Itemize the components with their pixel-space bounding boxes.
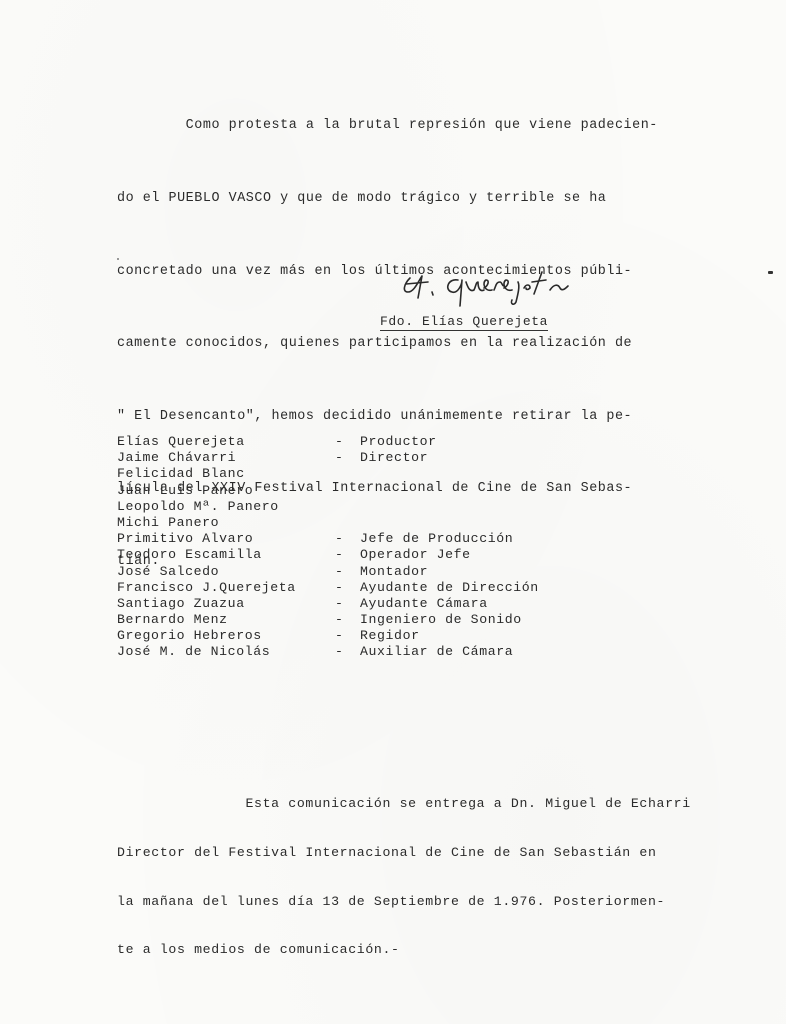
credit-dash	[335, 499, 360, 515]
credit-name: Francisco J.Querejeta	[117, 580, 335, 596]
credit-role: Ingeniero de Sonido	[360, 612, 522, 628]
credit-role: Productor	[360, 434, 437, 450]
signed-by-line: Fdo. Elías Querejeta	[380, 314, 548, 331]
credits-list: Elías Querejeta - Productor Jaime Chávar…	[117, 434, 539, 661]
credit-dash: -	[335, 644, 360, 660]
credit-role: Montador	[360, 564, 428, 580]
credit-row: Teodoro Escamilla - Operador Jefe	[117, 547, 539, 563]
paragraph-line: Esta comunicación se entrega a Dn. Migue…	[117, 796, 691, 812]
credit-name: Juan Luis Panero	[117, 483, 335, 499]
credit-role: Operador Jefe	[360, 547, 471, 563]
credit-name: Felicidad Blanc	[117, 466, 335, 482]
credit-name: Teodoro Escamilla	[117, 547, 335, 563]
credit-name: Elías Querejeta	[117, 434, 335, 450]
credit-dash: -	[335, 547, 360, 563]
credit-dash	[335, 466, 360, 482]
credit-name: Leopoldo Mª. Panero	[117, 499, 335, 515]
paragraph-line: Como protesta a la brutal represión que …	[117, 114, 717, 138]
credit-row: Gregorio Hebreros - Regidor	[117, 628, 539, 644]
credit-role: Ayudante de Dirección	[360, 580, 539, 596]
credit-name: José M. de Nicolás	[117, 644, 335, 660]
credit-role: Ayudante Cámara	[360, 596, 488, 612]
credit-name: Jaime Chávarri	[117, 450, 335, 466]
credit-dash: -	[335, 628, 360, 644]
paragraph-line: do el PUEBLO VASCO y que de modo trágico…	[117, 187, 717, 211]
credit-row: José Salcedo - Montador	[117, 564, 539, 580]
ink-speck	[768, 271, 773, 274]
closing-paragraph: Esta comunicación se entrega a Dn. Migue…	[117, 764, 691, 991]
credit-row: Felicidad Blanc	[117, 466, 539, 482]
credit-name: Primitivo Alvaro	[117, 531, 335, 547]
credit-row: Santiago Zuazua - Ayudante Cámara	[117, 596, 539, 612]
credit-dash: -	[335, 580, 360, 596]
credit-row: Jaime Chávarri - Director	[117, 450, 539, 466]
paper-mark	[117, 258, 119, 260]
credit-name: Bernardo Menz	[117, 612, 335, 628]
credit-dash: -	[335, 564, 360, 580]
paragraph-line: la mañana del lunes día 13 de Septiembre…	[117, 894, 691, 910]
credit-dash: -	[335, 450, 360, 466]
paragraph-line: Director del Festival Internacional de C…	[117, 845, 691, 861]
credit-dash: -	[335, 531, 360, 547]
credit-name: José Salcedo	[117, 564, 335, 580]
typewritten-letter-page: Como protesta a la brutal represión que …	[0, 0, 786, 1024]
credit-role: Regidor	[360, 628, 420, 644]
credit-row: Primitivo Alvaro - Jefe de Producción	[117, 531, 539, 547]
credit-row: Bernardo Menz - Ingeniero de Sonido	[117, 612, 539, 628]
credit-name: Santiago Zuazua	[117, 596, 335, 612]
signature-block: Fdo. Elías Querejeta	[380, 262, 640, 342]
credit-dash	[335, 515, 360, 531]
credit-row: Francisco J.Querejeta - Ayudante de Dire…	[117, 580, 539, 596]
paragraph-line: te a los medios de comunicación.-	[117, 942, 691, 958]
paragraph-line: " El Desencanto", hemos decidido unánime…	[117, 405, 717, 429]
credit-row: Leopoldo Mª. Panero	[117, 499, 539, 515]
credit-role: Director	[360, 450, 428, 466]
credit-dash	[335, 483, 360, 499]
credit-row: Michi Panero	[117, 515, 539, 531]
credit-dash: -	[335, 434, 360, 450]
credit-role: Auxiliar de Cámara	[360, 644, 513, 660]
credit-row: Juan Luis Panero	[117, 483, 539, 499]
credit-name: Michi Panero	[117, 515, 335, 531]
credit-row: Elías Querejeta - Productor	[117, 434, 539, 450]
credit-dash: -	[335, 612, 360, 628]
credit-name: Gregorio Hebreros	[117, 628, 335, 644]
handwritten-signature-icon	[396, 262, 646, 312]
credit-row: José M. de Nicolás - Auxiliar de Cámara	[117, 644, 539, 660]
credit-dash: -	[335, 596, 360, 612]
credit-role: Jefe de Producción	[360, 531, 513, 547]
